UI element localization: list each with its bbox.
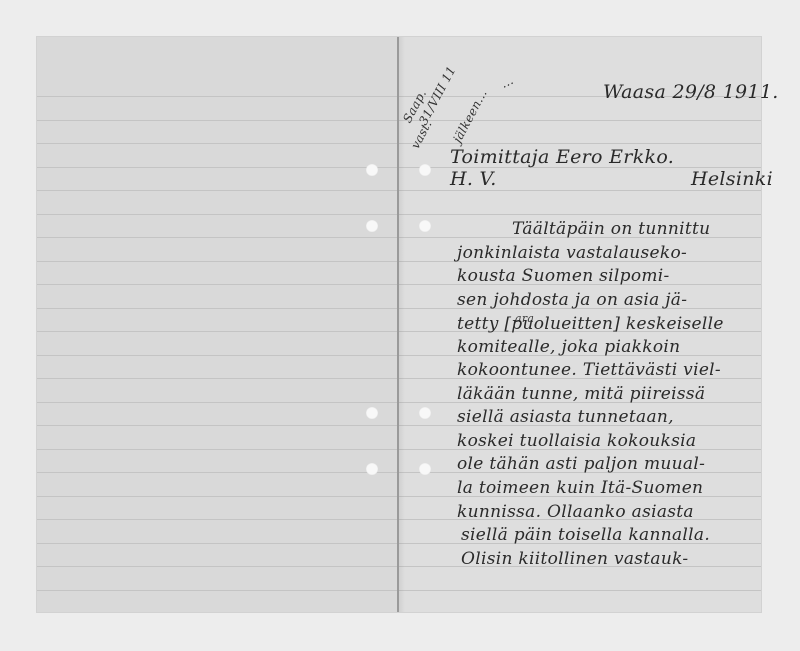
- annotation-line: jälkeen...: [451, 87, 489, 144]
- body-line: kunnissa. Ollaanko asiasta: [457, 504, 694, 521]
- annotation-line: ...: [499, 74, 515, 90]
- punch-hole: [366, 220, 378, 232]
- punch-hole: [419, 220, 431, 232]
- ruled-line: [37, 214, 397, 215]
- ruled-line: [37, 120, 397, 121]
- scan-background: Saap. 31/VIII 11 vast. jälkeen... ... Wa…: [0, 0, 800, 651]
- body-line: tetty [puolueitten] keskeiselle: [457, 316, 724, 333]
- ruled-line: [399, 214, 761, 215]
- place-date: Waasa 29/8 1911.: [603, 83, 779, 102]
- ruled-line: [37, 496, 397, 497]
- ruled-line: [37, 590, 397, 591]
- punch-hole: [366, 407, 378, 419]
- ruled-line: [37, 261, 397, 262]
- ruled-line: [37, 519, 397, 520]
- body-line: ole tähän asti paljon muual-: [457, 456, 705, 473]
- ruled-line: [399, 190, 761, 191]
- ruled-line: [37, 449, 397, 450]
- punch-hole: [419, 407, 431, 419]
- body-line: siellä päin toisella kannalla.: [461, 527, 710, 544]
- body-line: Täältäpäin on tunnittu: [512, 221, 710, 238]
- ruled-line: [37, 167, 397, 168]
- ruled-line: [37, 237, 397, 238]
- ruled-line: [37, 96, 397, 97]
- punch-hole: [366, 463, 378, 475]
- ruled-line: [37, 308, 397, 309]
- ruled-line: [37, 472, 397, 473]
- ruled-line: [37, 190, 397, 191]
- punch-hole: [419, 463, 431, 475]
- punch-hole: [419, 164, 431, 176]
- ruled-line: [37, 425, 397, 426]
- body-line: kokoontunee. Tiettävästi viel-: [457, 362, 721, 379]
- ruled-line: [37, 378, 397, 379]
- ruled-line: [37, 355, 397, 356]
- body-line: kousta Suomen silpomi-: [457, 268, 670, 285]
- ruled-line: [399, 590, 761, 591]
- body-line: Olisin kiitollinen vastauk-: [461, 551, 688, 568]
- ruled-line: [37, 143, 397, 144]
- addressee-city: Helsinki: [691, 170, 773, 189]
- body-line: jonkinlaista vastalauseko-: [457, 245, 687, 262]
- ruled-line: [37, 402, 397, 403]
- letter-sheet: Saap. 31/VIII 11 vast. jälkeen... ... Wa…: [37, 37, 761, 612]
- body-line: siellä asiasta tunnetaan,: [457, 409, 674, 426]
- body-line: la toimeen kuin Itä-Suomen: [457, 480, 703, 497]
- body-line: koskei tuollaisia kokouksia: [457, 433, 696, 450]
- ruled-line: [37, 543, 397, 544]
- punch-hole: [366, 164, 378, 176]
- ruled-line: [37, 566, 397, 567]
- body-line: komitealle, joka piakkoin: [457, 339, 680, 356]
- addressee-initials: H. V.: [450, 170, 497, 189]
- addressee: Toimittaja Eero Erkko.: [450, 148, 674, 167]
- left-page-blank: [37, 37, 398, 612]
- ruled-line: [37, 284, 397, 285]
- body-line: sen johdosta ja on asia jä-: [457, 292, 687, 309]
- ruled-line: [37, 331, 397, 332]
- margin-annotation: Saap. 31/VIII 11 vast. jälkeen... ...: [399, 49, 549, 159]
- body-line: läkään tunne, mitä piireissä: [457, 386, 705, 403]
